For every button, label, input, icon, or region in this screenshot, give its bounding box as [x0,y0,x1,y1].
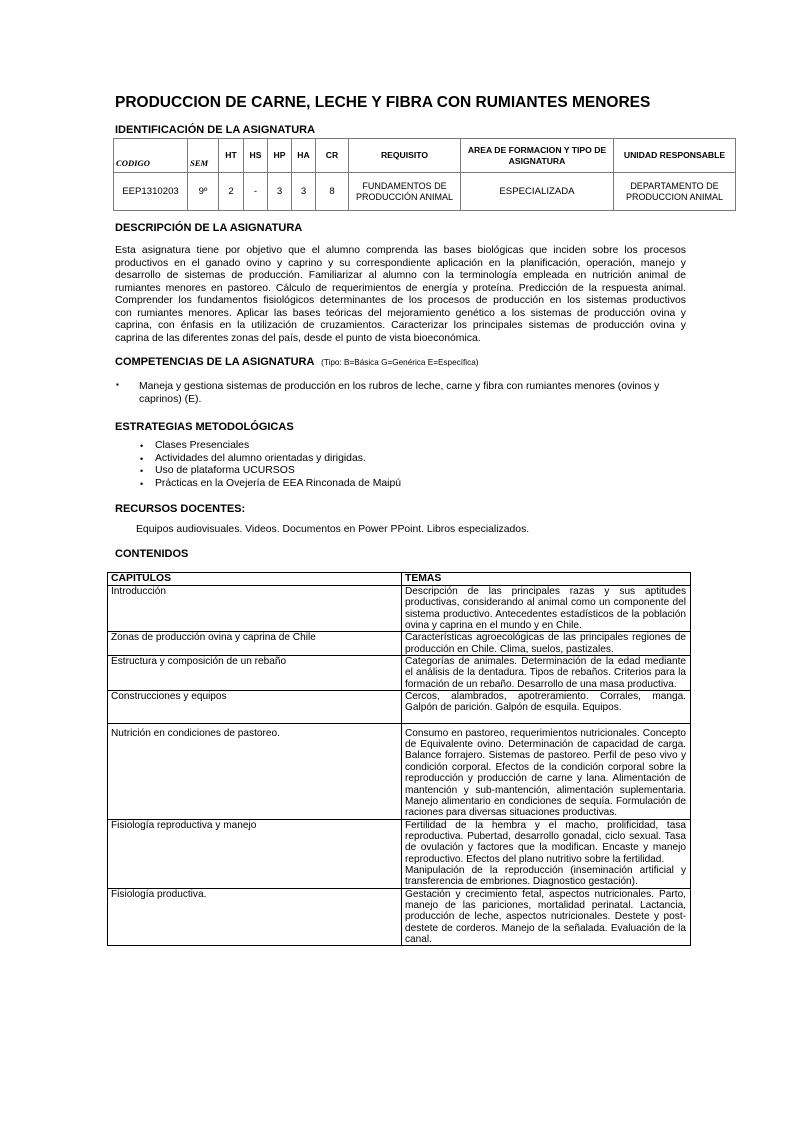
competencias-note: (Tipo: B=Básica G=Genérica E=Específica) [321,358,478,367]
estrategia-item: Prácticas en la Ovejería de EEA Rinconad… [155,478,401,491]
capitulo-cell: Zonas de producción ovina y caprina de C… [108,632,402,656]
table-row: Introducción Descripción de las principa… [108,586,691,632]
header-cr: CR [316,139,349,173]
descripcion-text: Esta asignatura tiene por objetivo que e… [115,245,686,345]
competencia-item-line: Maneja y gestiona sistemas de producción… [139,381,686,394]
header-capitulos: CAPITULOS [108,573,402,586]
contenidos-heading: CONTENIDOS [115,548,188,560]
descripcion-line: rumiantes menores en pastoreo. Cálculo d… [115,283,686,296]
estrategia-item: Clases Presenciales [155,440,401,453]
value-area: ESPECIALIZADA [461,173,614,211]
descripcion-line: desarrollo de sistemas de producción. Fa… [115,270,686,283]
square-bullet-icon: ▪ [116,380,119,389]
temas-cell: Características agroecológicas de las pr… [402,632,691,656]
recursos-heading: RECURSOS DOCENTES: [115,503,245,515]
capitulo-cell: Introducción [108,586,402,632]
value-hs: - [244,173,268,211]
identificacion-heading: IDENTIFICACIÓN DE LA ASIGNATURA [115,124,315,136]
table-row: Zonas de producción ovina y caprina de C… [108,632,691,656]
value-ha: 3 [292,173,316,211]
temas-cell: Gestación y crecimiento fetal, aspectos … [402,888,691,946]
value-hp: 3 [268,173,292,211]
descripcion-line: productivos en el ganado ovino y caprino… [115,258,686,271]
identificacion-table: CODIGO SEM HT HS HP HA CR REQUISITO AREA… [113,138,736,211]
competencias-title: COMPETENCIAS DE LA ASIGNATURA [115,356,314,368]
contenidos-table: CAPITULOS TEMAS Introducción Descripción… [107,572,691,946]
competencia-item-line: caprinos) (E). [139,394,686,407]
header-temas: TEMAS [402,573,691,586]
capitulo-cell: Estructura y composición de un rebaño [108,656,402,691]
value-ht: 2 [219,173,244,211]
identificacion-value-row: EEP1310203 9º 2 - 3 3 8 FUNDAMENTOS DE P… [114,173,736,211]
temas-cell: Consumo en pastoreo, requerimientos nutr… [402,723,691,819]
descripcion-line: caprina de las diferentes zonas del país… [115,333,686,346]
temas-cell: Categorías de animales. Determinación de… [402,656,691,691]
capitulo-cell: Fisiología productiva. [108,888,402,946]
value-cr: 8 [316,173,349,211]
header-ht: HT [219,139,244,173]
header-sem: SEM [188,139,219,173]
descripcion-heading: DESCRIPCIÓN DE LA ASIGNATURA [115,222,302,234]
competencias-list: ▪ Maneja y gestiona sistemas de producci… [115,381,686,406]
contenidos-header-row: CAPITULOS TEMAS [108,573,691,586]
competencias-heading: COMPETENCIAS DE LA ASIGNATURA (Tipo: B=B… [115,356,478,368]
header-hs: HS [244,139,268,173]
page-title: PRODUCCION DE CARNE, LECHE Y FIBRA CON R… [115,94,650,112]
header-requisito: REQUISITO [349,139,461,173]
value-requisito: FUNDAMENTOS DE PRODUCCIÓN ANIMAL [349,173,461,211]
header-unidad: UNIDAD RESPONSABLE [614,139,736,173]
temas-paragraph: Manipulación de la reproducción (insemin… [405,865,686,888]
header-ha: HA [292,139,316,173]
header-codigo: CODIGO [114,139,188,173]
value-sem: 9º [188,173,219,211]
temas-cell: Fertilidad de la hembra y el macho, prol… [402,819,691,888]
descripcion-line: con rumiantes menores. Aplicar las bases… [115,308,686,321]
estrategias-list: Clases Presenciales Actividades del alum… [155,440,401,490]
table-row: Fisiología reproductiva y manejo Fertili… [108,819,691,888]
estrategia-item: Actividades del alumno orientadas y diri… [155,453,401,466]
header-area: AREA DE FORMACION Y TIPO DE ASIGNATURA [461,139,614,173]
estrategias-heading: ESTRATEGIAS METODOLÓGICAS [115,421,294,433]
descripcion-line: Esta asignatura tiene por objetivo que e… [115,245,686,258]
table-row: Construcciones y equipos Cercos, alambra… [108,691,691,724]
value-unidad: DEPARTAMENTO DE PRODUCCION ANIMAL [614,173,736,211]
value-codigo: EEP1310203 [114,173,188,211]
estrategia-item: Uso de plataforma UCURSOS [155,465,401,478]
descripcion-line: Comprender los fundamentos fisiológicos … [115,295,686,308]
identificacion-header-row: CODIGO SEM HT HS HP HA CR REQUISITO AREA… [114,139,736,173]
capitulo-cell: Fisiología reproductiva y manejo [108,819,402,888]
temas-paragraph: Fertilidad de la hembra y el macho, prol… [405,820,686,865]
temas-cell: Descripción de las principales razas y s… [402,586,691,632]
header-hp: HP [268,139,292,173]
capitulo-cell: Nutrición en condiciones de pastoreo. [108,723,402,819]
temas-cell: Cercos, alambrados, apotreramiento. Corr… [402,691,691,724]
recursos-text: Equipos audiovisuales. Videos. Documento… [136,524,529,537]
table-row: Nutrición en condiciones de pastoreo. Co… [108,723,691,819]
capitulo-cell: Construcciones y equipos [108,691,402,724]
table-row: Estructura y composición de un rebaño Ca… [108,656,691,691]
table-row: Fisiología productiva. Gestación y creci… [108,888,691,946]
descripcion-line: caprina, con énfasis en la utilización d… [115,320,686,333]
